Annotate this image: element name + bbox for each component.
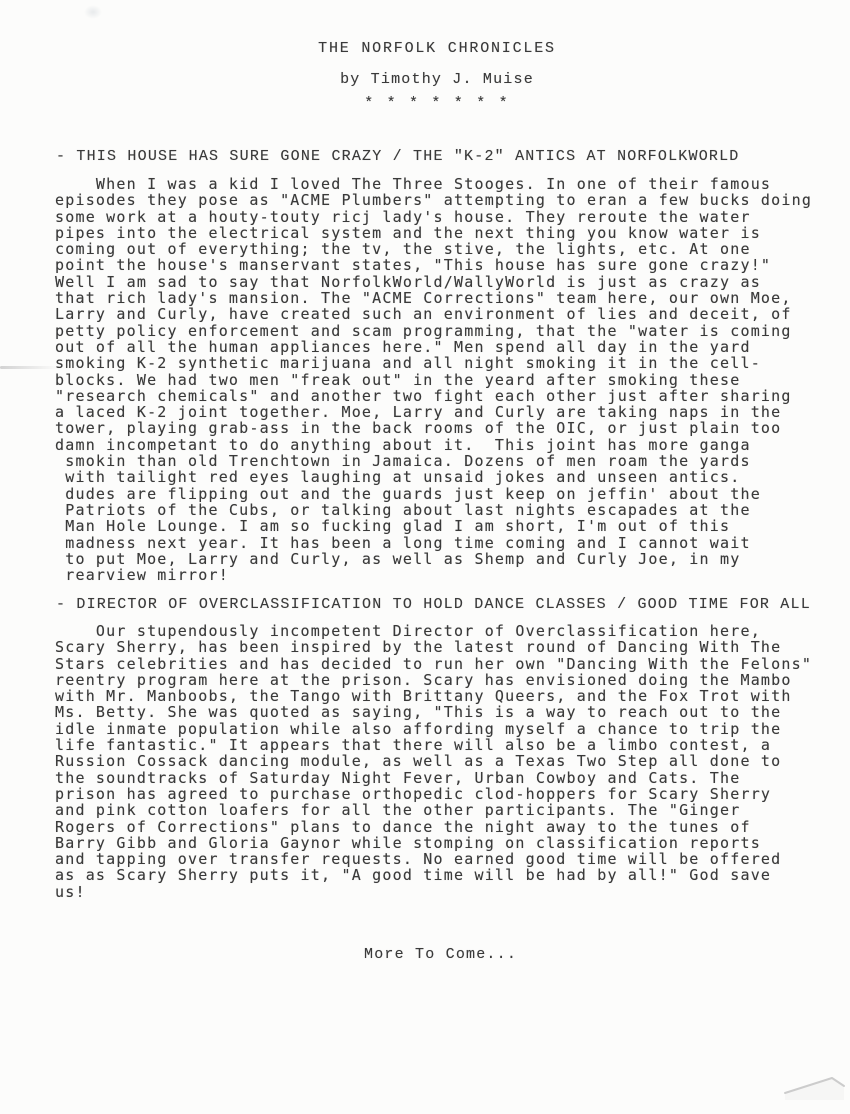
scan-smudge [84, 5, 102, 19]
document-page: THE NORFOLK CHRONICLES by Timothy J. Mui… [0, 0, 850, 1114]
section-body-dance-classes: Our stupendously incompetent Director of… [55, 623, 812, 900]
page-curl [740, 1020, 850, 1114]
document-title: THE NORFOLK CHRONICLES [12, 41, 850, 57]
section-heading-k2-antics: - THIS HOUSE HAS SURE GONE CRAZY / THE "… [56, 149, 740, 165]
section-body-k2-antics: When I was a kid I loved The Three Stoog… [55, 176, 812, 583]
footer-note: More To Come... [364, 947, 517, 963]
section-heading-dance-classes: - DIRECTOR OF OVERCLASSIFICATION TO HOLD… [56, 597, 811, 613]
scan-crease [0, 366, 58, 369]
byline: by Timothy J. Muise [12, 72, 850, 88]
separator-asterisks: * * * * * * * [12, 96, 850, 112]
